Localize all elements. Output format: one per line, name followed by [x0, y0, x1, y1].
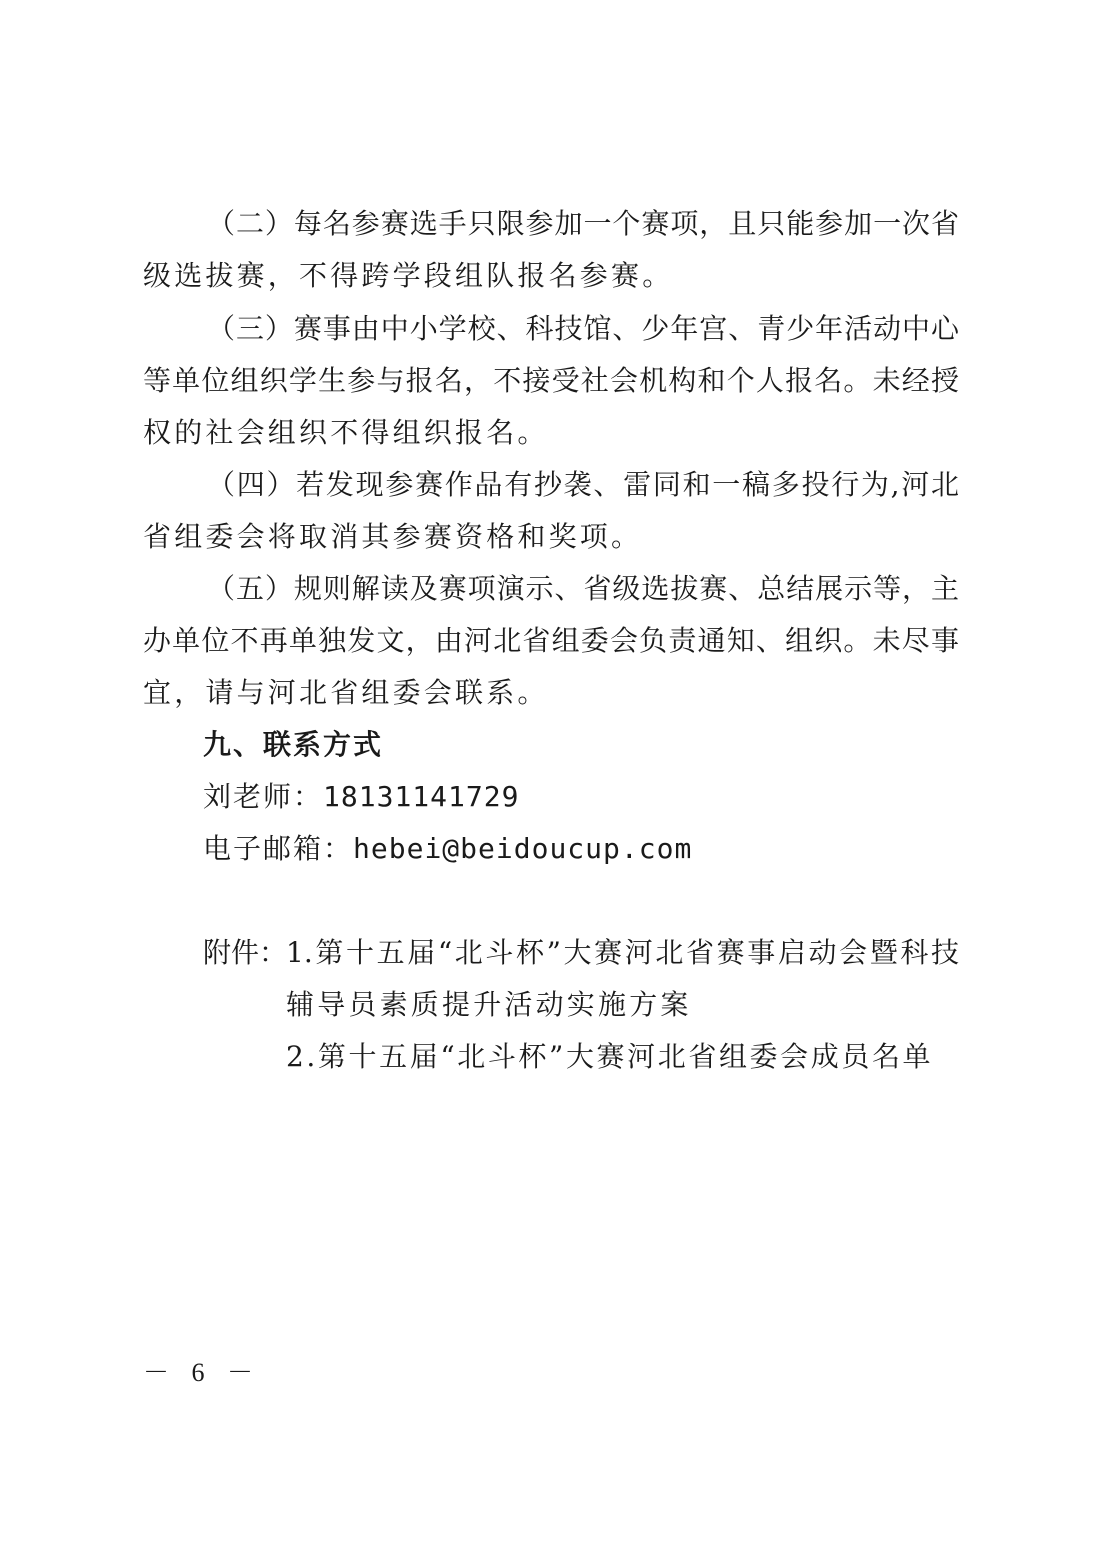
- attachments-label: 附件：: [203, 933, 293, 973]
- paragraph-2-line-2: 级选拔赛，不得跨学段组队报名参赛。: [143, 256, 959, 296]
- attachment-1-line-2: 辅导员素质提升活动实施方案: [286, 985, 959, 1025]
- paragraph-4-line-1: （四）若发现参赛作品有抄袭、雷同和一稿多投行为,河北: [207, 465, 959, 505]
- contact-email: hebei@beidoucup.com: [353, 832, 692, 865]
- paragraph-3-line-3: 权的社会组织不得组织报名。: [143, 413, 959, 453]
- paragraph-3-line-2: 等单位组织学生参与报名，不接受社会机构和个人报名。未经授: [143, 361, 959, 401]
- paragraph-5-line-3: 宜，请与河北省组委会联系。: [143, 673, 959, 713]
- contact-label: 刘老师：: [203, 780, 323, 813]
- paragraph-4-line-2: 省组委会将取消其参赛资格和奖项。: [143, 517, 959, 557]
- section-heading-contact: 九、联系方式: [203, 725, 1019, 765]
- page-number: － 6 －: [143, 1356, 261, 1390]
- paragraph-3-line-1: （三）赛事由中小学校、科技馆、少年宫、青少年活动中心: [207, 309, 959, 349]
- email-label: 电子邮箱：: [203, 832, 353, 865]
- document-page: （二）每名参赛选手只限参加一个赛项，且只能参加一次省 级选拔赛，不得跨学段组队报…: [0, 0, 1102, 1559]
- contact-phone: 18131141729: [323, 780, 519, 813]
- contact-phone-row: 刘老师：18131141729: [203, 777, 1019, 817]
- contact-email-row: 电子邮箱：hebei@beidoucup.com: [203, 829, 1019, 869]
- paragraph-2-line-1: （二）每名参赛选手只限参加一个赛项，且只能参加一次省: [207, 204, 959, 244]
- attachment-2: 2.第十五届“北斗杯”大赛河北省组委会成员名单: [286, 1037, 959, 1077]
- paragraph-5-line-1: （五）规则解读及赛项演示、省级选拔赛、总结展示等，主: [207, 569, 959, 609]
- paragraph-5-line-2: 办单位不再单独发文，由河北省组委会负责通知、组织。未尽事: [143, 621, 959, 661]
- attachment-1-line-1: 1.第十五届“北斗杯”大赛河北省赛事启动会暨科技: [286, 933, 959, 973]
